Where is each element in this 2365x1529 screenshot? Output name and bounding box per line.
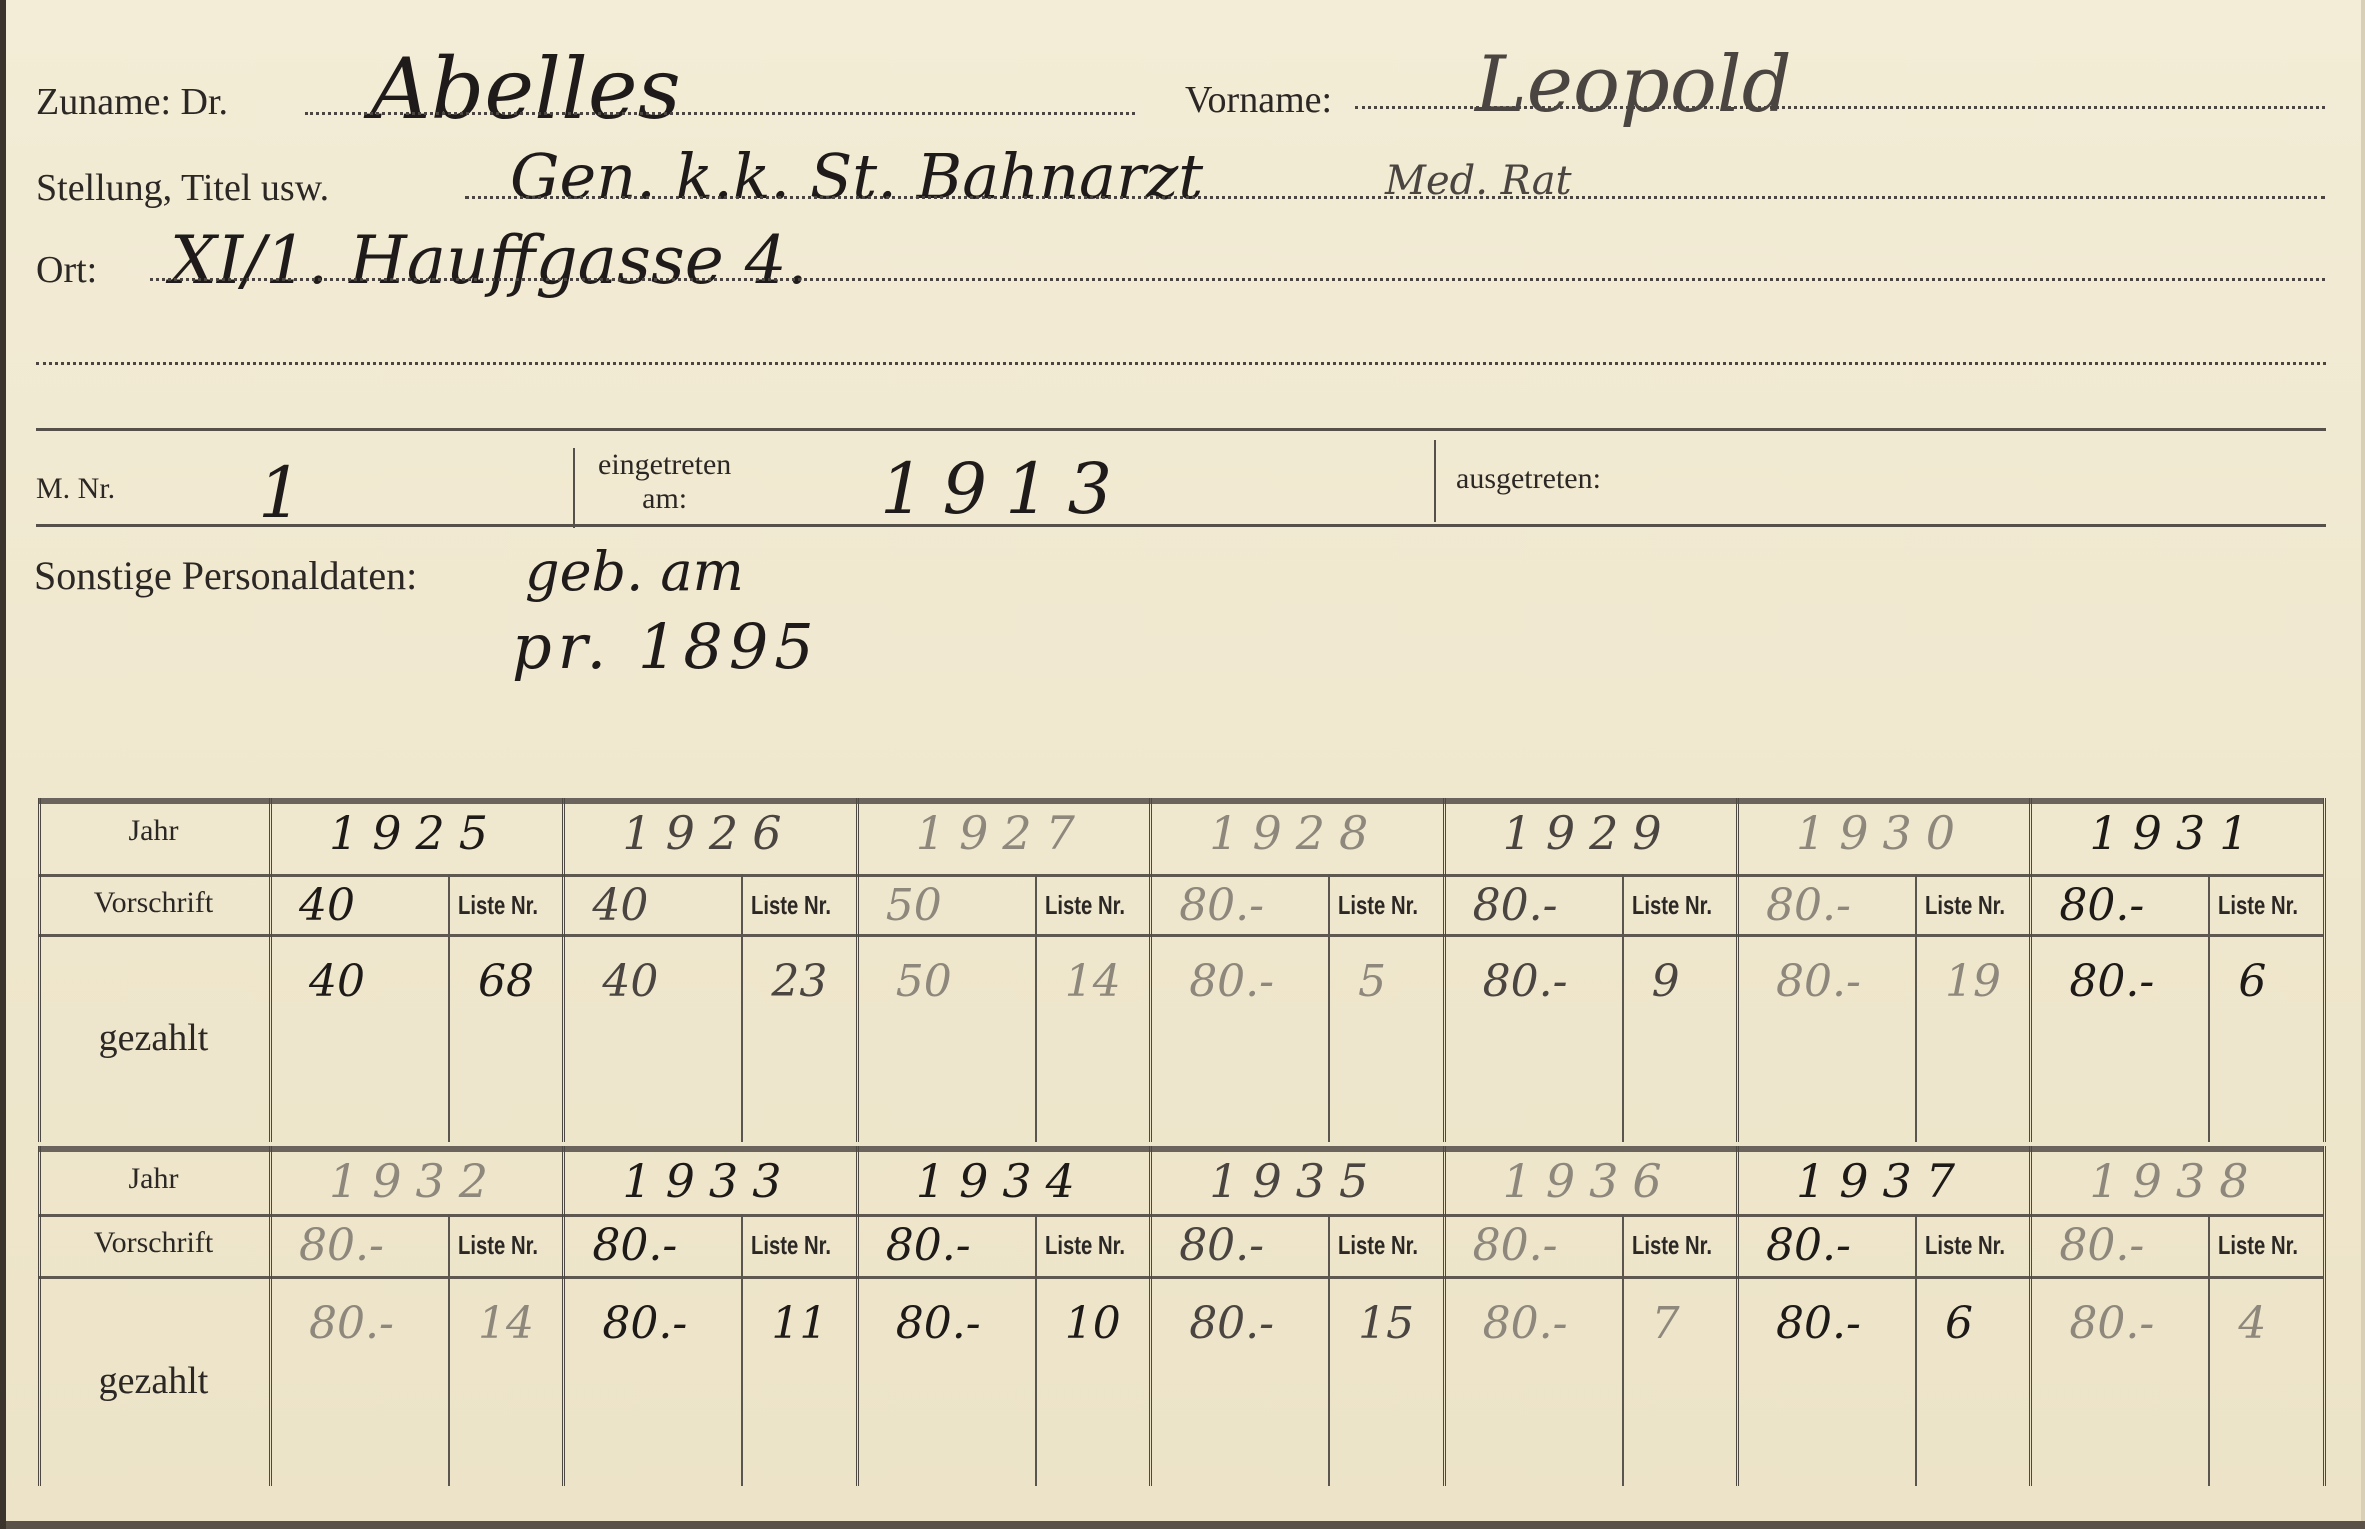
list-no-column-edge [1328,1214,1330,1486]
member-no-value: 1 [258,452,303,534]
row-rule [38,1214,2323,1217]
list-no-value: 9 [1652,956,1680,1007]
year-column-edge [1736,798,1739,1142]
year-column-edge [2029,1146,2032,1486]
personal-line2: pr. 1895 [512,610,820,683]
paid-amount: 80.- [1776,956,1861,1007]
required-label: Vorschrift [38,886,269,920]
year-column-edge [1149,1146,1152,1486]
payment-year: 1934 [916,1154,1089,1208]
list-no-value: 23 [771,956,827,1007]
list-no-value: 5 [1358,956,1386,1007]
membership-card: Zuname: Dr. Abelles Vorname: Leopold Ste… [0,0,2365,1529]
table-top-rule [38,798,2323,804]
position-label: Stellung, Titel usw. [36,166,329,210]
list-no-value: 15 [1358,1298,1414,1349]
list-no-column-edge [741,1214,743,1486]
list-no-column-edge [1328,874,1330,1142]
member-no-label: M. Nr. [36,472,115,506]
paid-amount: 40 [602,956,658,1007]
member-row-bottom [36,524,2326,527]
list-no-label: Liste Nr. [751,1230,831,1261]
year-column-edge [856,798,859,1142]
required-amount: 80.- [2059,880,2144,931]
row-rule [38,1276,2323,1279]
list-no-label: Liste Nr. [1632,890,1712,921]
joined-label-line2: am: [598,482,731,516]
payment-year: 1925 [329,806,502,860]
row-rule [38,874,2323,877]
payment-year: 1935 [1209,1154,1382,1208]
list-no-value: 6 [1945,1298,1973,1349]
required-amount: 80.- [1179,880,1264,931]
table-left-edge [38,798,41,1142]
list-no-value: 14 [478,1298,534,1349]
first-name-line [1355,106,2325,109]
list-no-label: Liste Nr. [2218,1230,2298,1261]
payment-year: 1937 [1796,1154,1969,1208]
list-no-label: Liste Nr. [1925,890,2005,921]
paid-amount: 80.- [2069,1298,2154,1349]
list-no-label: Liste Nr. [458,1230,538,1261]
list-no-value: 7 [1652,1298,1680,1349]
payment-year: 1932 [329,1154,502,1208]
list-no-column-edge [448,1214,450,1486]
payment-year: 1928 [1209,806,1382,860]
list-no-column-edge [1915,874,1917,1142]
list-no-value: 4 [2238,1298,2266,1349]
list-no-value: 68 [478,956,534,1007]
list-no-value: 10 [1065,1298,1121,1349]
required-amount: 80.- [592,1220,677,1271]
personal-label: Sonstige Personaldaten: [34,552,417,599]
first-name-value: Leopold [1475,40,1792,130]
paid-amount: 80.- [602,1298,687,1349]
table-right-edge [2323,1146,2326,1486]
payments-table-lower: JahrVorschriftgezahlt193280.-Liste Nr.80… [38,1146,2323,1491]
payment-year: 1938 [2089,1154,2262,1208]
list-no-label: Liste Nr. [2218,890,2298,921]
payment-year: 1936 [1503,1154,1676,1208]
list-no-column-edge [741,874,743,1142]
label-column-edge [269,1146,272,1486]
required-amount: 80.- [299,1220,384,1271]
place-line [150,278,2325,281]
paid-amount: 80.- [1189,1298,1274,1349]
paid-amount: 80.- [309,1298,394,1349]
year-column-edge [1149,798,1152,1142]
paid-amount: 80.- [1483,1298,1568,1349]
member-divider-2 [1434,440,1436,522]
list-no-label: Liste Nr. [458,890,538,921]
paid-amount: 80.- [1189,956,1274,1007]
list-no-column-edge [1622,1214,1624,1486]
joined-value: 1913 [880,448,1130,530]
personal-line1: geb. am [525,540,744,603]
position-line [465,196,2325,199]
payment-year: 1933 [622,1154,795,1208]
payment-year: 1931 [2089,806,2262,860]
required-amount: 80.- [1766,880,1851,931]
list-no-label: Liste Nr. [1045,1230,1125,1261]
required-amount: 80.- [1766,1220,1851,1271]
list-no-value: 11 [771,1298,827,1349]
list-no-value: 19 [1945,956,2001,1007]
required-amount: 80.- [1179,1220,1264,1271]
place-value: XI/1. Hauffgasse 4. [170,222,808,299]
paid-amount: 40 [309,956,365,1007]
table-right-edge [2323,798,2326,1142]
paid-label: gezahlt [38,1359,269,1403]
required-amount: 40 [592,880,648,931]
list-no-value: 14 [1065,956,1121,1007]
year-column-edge [1443,1146,1446,1486]
list-no-column-edge [1915,1214,1917,1486]
year-column-edge [562,1146,565,1486]
list-no-column-edge [2208,874,2210,1142]
payment-year: 1927 [916,806,1089,860]
required-amount: 80.- [2059,1220,2144,1271]
place-label: Ort: [36,248,97,292]
required-amount: 80.- [1473,880,1558,931]
left-label: ausgetreten: [1456,462,1601,496]
paid-amount: 80.- [896,1298,981,1349]
required-amount: 40 [299,880,355,931]
year-label: Jahr [38,1162,269,1196]
surname-value: Abelles [370,40,681,138]
paid-amount: 50 [896,956,952,1007]
required-amount: 50 [886,880,942,931]
year-column-edge [1443,798,1446,1142]
paid-amount: 80.- [1776,1298,1861,1349]
table-top-rule [38,1146,2323,1152]
list-no-label: Liste Nr. [751,890,831,921]
year-column-edge [1736,1146,1739,1486]
joined-label-line1: eingetreten [598,448,731,482]
required-label: Vorschrift [38,1226,269,1260]
list-no-column-edge [1035,1214,1037,1486]
row-rule [38,934,2323,937]
payment-year: 1930 [1796,806,1969,860]
list-no-label: Liste Nr. [1045,890,1125,921]
surname-label: Zuname: Dr. [36,80,228,124]
extra-line [36,362,2326,365]
label-column-edge [269,798,272,1142]
paid-amount: 80.- [1483,956,1568,1007]
year-column-edge [856,1146,859,1486]
list-no-column-edge [1035,874,1037,1142]
required-amount: 80.- [886,1220,971,1271]
list-no-column-edge [1622,874,1624,1142]
section-divider [36,428,2326,431]
paid-label: gezahlt [38,1016,269,1060]
list-no-label: Liste Nr. [1338,890,1418,921]
year-label: Jahr [38,814,269,848]
paid-amount: 80.- [2069,956,2154,1007]
list-no-value: 6 [2238,956,2266,1007]
payments-table-upper: JahrVorschriftgezahlt192540Liste Nr.4068… [38,798,2323,1146]
joined-label: eingetreten am: [598,448,731,516]
list-no-column-edge [2208,1214,2210,1486]
table-left-edge [38,1146,41,1486]
payment-year: 1929 [1503,806,1676,860]
list-no-label: Liste Nr. [1925,1230,2005,1261]
list-no-label: Liste Nr. [1632,1230,1712,1261]
member-divider-1 [573,448,575,528]
year-column-edge [2029,798,2032,1142]
surname-line [305,112,1135,115]
first-name-label: Vorname: [1185,78,1332,122]
list-no-label: Liste Nr. [1338,1230,1418,1261]
payment-year: 1926 [622,806,795,860]
required-amount: 80.- [1473,1220,1558,1271]
list-no-column-edge [448,874,450,1142]
position-value: Gen. k.k. St. Bahnarzt [510,140,1203,213]
year-column-edge [562,798,565,1142]
